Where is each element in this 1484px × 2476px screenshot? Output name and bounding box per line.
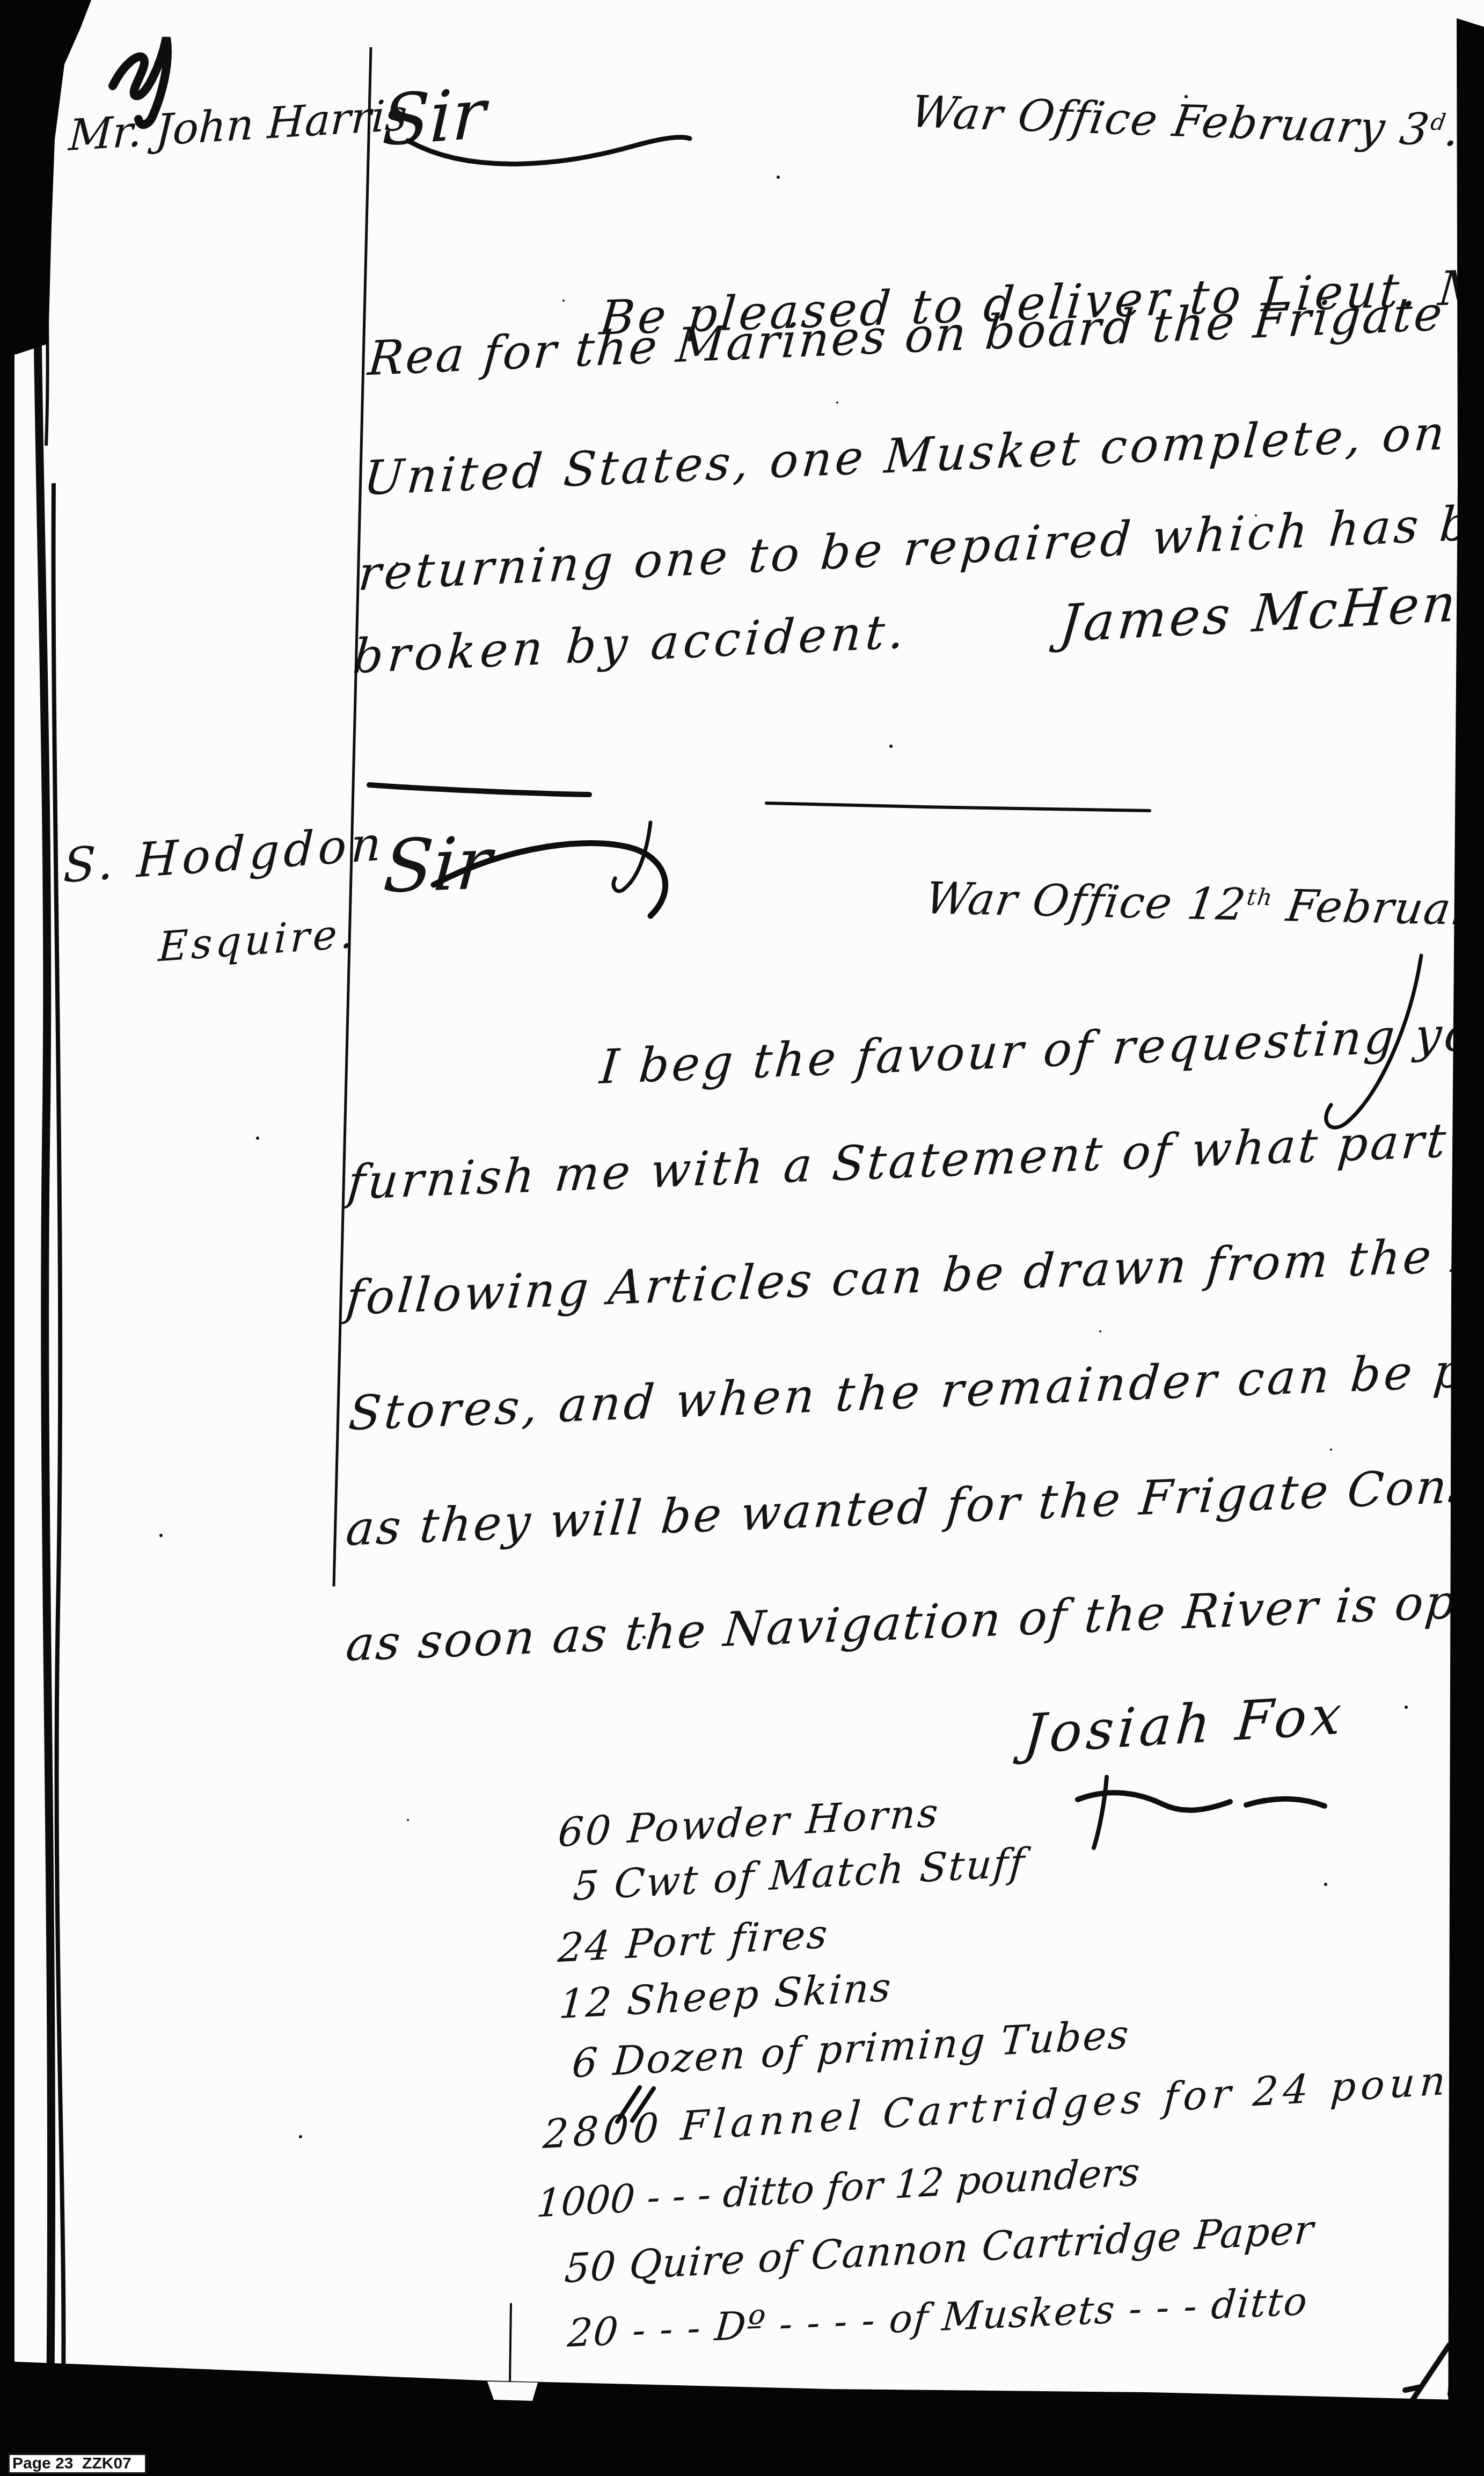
letter2-margin-addressee: S. Hodgdon xyxy=(62,820,386,890)
letter2-dateline-text: War Office 12 xyxy=(922,873,1249,930)
fold-hairline xyxy=(510,2303,511,2384)
signature-paraph xyxy=(1094,1777,1107,1848)
supply-list-item: 12 Sheep Skins xyxy=(558,1967,894,2025)
binding-streak xyxy=(54,483,64,2384)
letter1-body-line: broken by accident. xyxy=(352,608,910,680)
scan-corner-blob xyxy=(0,0,91,354)
fold-notch xyxy=(487,2382,538,2401)
supply-list-item: 50 Quire of Cannon Cartridge Paper xyxy=(563,2210,1315,2289)
letter2-body-line: as they will be wanted for the Frigate C… xyxy=(344,1453,1484,1553)
letter2-signature: Josiah Fox xyxy=(1022,1688,1348,1761)
signature-paraph xyxy=(1246,1799,1325,1806)
check-stroke xyxy=(613,822,650,891)
letter2-dateline-year: February 1798 xyxy=(1268,880,1484,939)
scan-edge-left xyxy=(0,0,14,2476)
letter2-body-line: as soon as the Navigation of the River i… xyxy=(344,1575,1484,1668)
letter2-body-line: following Articles can be drawn from the… xyxy=(344,1226,1484,1322)
corner-ink-mark xyxy=(1405,2345,1457,2400)
manuscript-page: Mr. John Harris Sir War Office February … xyxy=(0,0,1484,2476)
signature-paraph xyxy=(1078,1793,1230,1810)
binding-streak xyxy=(36,75,51,2378)
letter1-salutation: Sir xyxy=(381,78,487,156)
supply-list-item: 20 - - - Dº - - - - of Muskets - - - dit… xyxy=(566,2282,1310,2353)
supply-list-item: 6 Dozen of priming Tubes xyxy=(571,2014,1131,2084)
supply-list-item: 1000 - - - ditto for 12 pounders xyxy=(535,2152,1141,2223)
page-footer-label: Page 23 ZZK07 xyxy=(8,2453,147,2474)
letter1-dateline-text: War Office February 3 xyxy=(908,86,1434,155)
supply-list-item: 5 Cwt of Match Stuff xyxy=(572,1843,1027,1907)
letter1-body-line: United States, one Musket complete, on h… xyxy=(362,405,1484,503)
supply-list-item: 60 Powder Horns xyxy=(557,1793,941,1853)
letter1-signature: James McHenry. xyxy=(1058,573,1484,650)
letter2-margin-addressee-line2: Esquire. xyxy=(158,913,357,967)
letter-divider-line xyxy=(369,785,589,795)
binding-streak xyxy=(46,97,47,446)
letter2-body-line: furnish me with a Statement of what part… xyxy=(346,1110,1484,1206)
letter2-dateline: War Office 12th February 1798 xyxy=(923,877,1484,935)
letter1-dateline: War Office February 3d.1798 xyxy=(908,90,1484,157)
letter1-margin-addressee: Mr. John Harris xyxy=(68,93,408,157)
supply-list-item: 24 Port fires xyxy=(557,1914,830,1968)
letter2-salutation: Sir xyxy=(381,827,494,903)
scan-edge-bottom xyxy=(0,2361,1484,2476)
letter-divider-line xyxy=(766,803,1150,811)
letter1-dateline-year: .1798 xyxy=(1441,105,1484,161)
letter2-body-line: I beg the favour of requesting you to xyxy=(598,1006,1484,1091)
letter2-body-line: Stores, and when the remainder can be pr… xyxy=(347,1339,1484,1438)
letter2-dateline-superscript: th xyxy=(1245,884,1275,911)
